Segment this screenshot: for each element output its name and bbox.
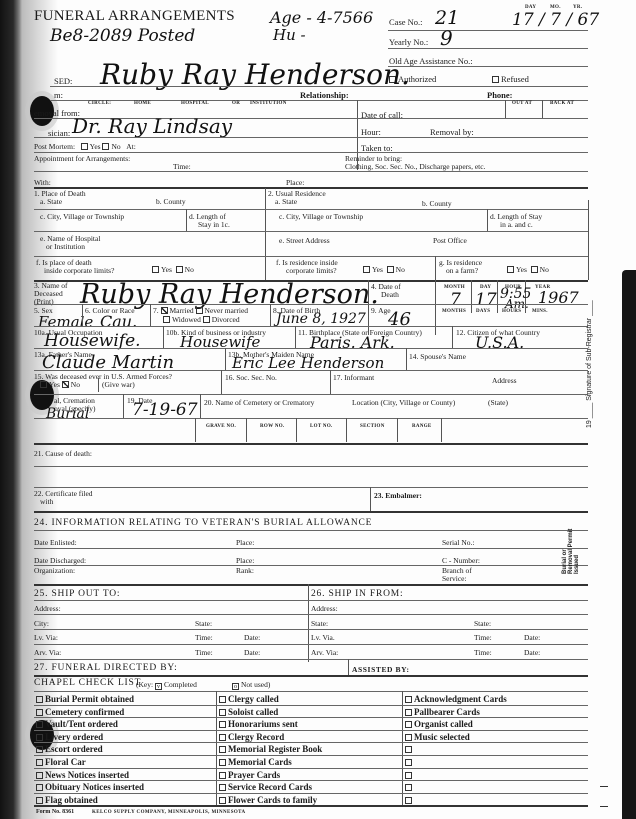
checklist-item-label: Livery ordered: [45, 732, 103, 742]
not-used-label: Not used): [241, 680, 270, 689]
pod-inside-limits-label-2: inside corporate limits?: [44, 266, 114, 275]
yes-label: Yes: [161, 265, 172, 274]
marital-status-options-2: Widowed Divorced: [163, 315, 240, 324]
res-farm-options: Yes No: [507, 265, 549, 274]
key-label: (Key:: [136, 680, 153, 689]
divider: [186, 209, 187, 231]
checkbox-icon: [219, 759, 226, 766]
checklist-item[interactable]: Burial Permit obtained: [36, 694, 134, 704]
no-label: No: [71, 380, 80, 389]
checklist-item[interactable]: Memorial Register Book: [219, 744, 322, 754]
rule: [388, 48, 588, 49]
discharged-place-label: Place:: [236, 556, 254, 565]
divider: [150, 304, 151, 326]
deceased-label: SED:: [54, 76, 72, 86]
rule: [34, 768, 588, 769]
marital-label: 7.: [153, 306, 159, 315]
checkbox-icon[interactable]: [176, 266, 183, 273]
circle-option-home[interactable]: HOME: [134, 101, 151, 106]
section-label: SECTION: [360, 424, 385, 429]
refused-label: Refused: [501, 74, 529, 84]
rule: [34, 326, 588, 327]
checklist-item-label: Service Record Cards: [228, 782, 312, 792]
divider: [308, 584, 309, 662]
ship-in-address-label: Address:: [311, 604, 338, 613]
rule: [34, 805, 588, 807]
pod-state-label: a. State: [40, 197, 62, 206]
handwritten-ref-1: Age - 4-7566: [270, 8, 373, 27]
rule: [34, 348, 588, 349]
res-state-label: a. State: [275, 197, 297, 206]
res-length-label-2: in a. and c.: [500, 220, 533, 229]
checkbox-icon: [36, 797, 43, 804]
rule: [34, 565, 588, 566]
checklist-item[interactable]: Vault/Tent ordered: [36, 719, 118, 729]
divider: [588, 200, 589, 280]
grave-no-label: GRAVE NO.: [206, 424, 236, 429]
never-married-checkbox[interactable]: [196, 307, 203, 314]
not-used-key-icon: o: [232, 683, 239, 690]
rule: [34, 742, 588, 743]
lot-no-label: LOT NO.: [310, 424, 333, 429]
funeral-arrangements-form: FUNERAL ARRANGEMENTS Be8-2089 Posted Age…: [0, 0, 636, 819]
checkbox-icon: [405, 784, 412, 791]
checklist-item[interactable]: Music selected: [405, 732, 470, 742]
no-label: No: [111, 142, 120, 151]
checkbox-icon: [36, 784, 43, 791]
ship-in-arv-time-label: Time:: [474, 648, 492, 657]
days-label: DAYS: [476, 309, 490, 314]
checkbox-icon: [219, 734, 226, 741]
checklist-item[interactable]: [405, 770, 414, 780]
checklist-item[interactable]: Flower Cards to family: [219, 795, 317, 805]
checkbox-icon: [36, 709, 43, 716]
checklist-item-label: Acknowledgment Cards: [414, 694, 507, 704]
divider: [402, 691, 403, 805]
rule: [34, 691, 588, 692]
address-label: Address: [492, 376, 517, 385]
checklist-key: (Key: vCompleted: [136, 680, 197, 690]
divider: [295, 326, 296, 348]
divider: [452, 326, 453, 348]
checkbox-icon: [36, 746, 43, 753]
physician-value[interactable]: Dr. Ray Lindsay: [72, 114, 232, 138]
rule: [34, 466, 588, 467]
divider: [82, 304, 83, 326]
months-label: MONTHS: [442, 309, 466, 314]
res-city-label: c. City, Village or Township: [279, 212, 363, 221]
divider: [441, 418, 442, 442]
ship-out-state-label: State:: [195, 619, 212, 628]
spouse-label: 14. Spouse's Name: [409, 352, 466, 361]
phone-label: Phone:: [487, 90, 513, 100]
date-enlisted-label: Date Enlisted:: [34, 538, 77, 547]
rule: [34, 256, 588, 257]
checklist-item-label: Organist called: [414, 719, 473, 729]
no-label: No: [185, 265, 194, 274]
checkbox-icon: [405, 696, 412, 703]
circle-option-hospital[interactable]: HOSPITAL: [181, 101, 209, 106]
cemetery-label: 20. Name of Cemetery or Crematory: [204, 398, 314, 407]
checklist-item[interactable]: [405, 744, 414, 754]
divider: [435, 256, 436, 280]
yearly-no-label: Yearly No.:: [389, 37, 428, 47]
ship-in-date-label: Date:: [524, 633, 540, 642]
ship-in-state2-label: State:: [474, 619, 491, 628]
organization-label: Organization:: [34, 566, 75, 575]
res-post-office-label: Post Office: [433, 236, 467, 245]
res-farm-label-2: on a farm?: [446, 266, 478, 275]
checklist-item-label: Vault/Tent ordered: [45, 719, 118, 729]
handwritten-note: Be8-2089 Posted: [50, 26, 195, 46]
rule: [34, 705, 588, 706]
rule: [34, 614, 588, 615]
divider: [397, 418, 398, 442]
ssn-label: 16. Soc. Sec. No.: [225, 373, 277, 382]
rule: [34, 629, 588, 630]
armed-yes-checkbox[interactable]: [40, 381, 47, 388]
post-mortem-field: Post Mortem: Yes No At:: [34, 142, 136, 151]
married-label: Married: [170, 306, 194, 315]
informant-label: 17. Informant: [333, 373, 374, 382]
margin-mark: [600, 786, 608, 787]
ship-out-date-label: Date:: [244, 633, 260, 642]
checklist-item[interactable]: [405, 782, 414, 792]
checklist-item[interactable]: Acknowledgment Cards: [405, 694, 507, 704]
rule: [34, 548, 588, 549]
checklist-item[interactable]: Cemetery confirmed: [36, 707, 124, 717]
rule: [50, 100, 588, 101]
no-label: No: [396, 265, 405, 274]
checkbox-icon[interactable]: [507, 266, 514, 273]
rule: [34, 394, 588, 395]
divider: [195, 418, 196, 442]
appointment-label: Appointment for Arrangements:: [34, 154, 130, 163]
rule: [34, 209, 588, 210]
checklist-heading: CHAPEL CHECK LIST: [34, 678, 141, 688]
completed-label: Completed: [164, 680, 197, 689]
rule: [34, 231, 588, 232]
ship-out-arv-time-label: Time:: [195, 648, 213, 657]
rule: [34, 675, 588, 677]
ship-in-lv-via-label: Lv. Via.: [311, 633, 335, 642]
res-inside-limits-options: Yes No: [363, 265, 405, 274]
checklist-item[interactable]: Clergy called: [219, 694, 279, 704]
checkbox-icon: [405, 772, 412, 779]
checkbox-icon: [36, 721, 43, 728]
checklist-item-label: Cemetery confirmed: [45, 707, 124, 717]
res-county-label: b. County: [422, 199, 452, 208]
divider: [270, 304, 271, 326]
birth-date-value[interactable]: June 8, 1927: [276, 311, 366, 327]
checklist-item-label: Escort ordered: [45, 744, 103, 754]
divider: [505, 100, 506, 118]
checkbox-icon[interactable]: [102, 143, 109, 150]
pod-length-label-2: Stay in 1c.: [198, 220, 230, 229]
married-checkbox-checked[interactable]: [161, 307, 168, 314]
refused-checkbox[interactable]: Refused: [492, 74, 529, 84]
out-at-label: OUT AT: [512, 101, 532, 106]
divider: [123, 394, 124, 418]
checklist-item[interactable]: Pallbearer Cards: [405, 707, 480, 717]
divider: [265, 188, 266, 280]
back-at-label: BACK AT: [550, 101, 574, 106]
checkbox-icon: [405, 709, 412, 716]
burial-permit-label: Burial or Removal Permit Issued: [562, 524, 580, 574]
checkbox-icon: [36, 696, 43, 703]
death-day-value[interactable]: 17: [475, 290, 497, 310]
checklist-item-label: Clergy called: [228, 694, 279, 704]
widowed-label: Widowed: [172, 315, 201, 324]
checklist-item[interactable]: Escort ordered: [36, 744, 103, 754]
completed-key-icon: v: [155, 683, 162, 690]
checkbox-icon: [405, 797, 412, 804]
death-date-label-2: Death: [381, 290, 399, 299]
margin-mark: [600, 806, 608, 807]
date19-value[interactable]: 7-19-67: [132, 400, 198, 420]
divider: [200, 394, 201, 418]
checklist-item[interactable]: Flag obtained: [36, 795, 98, 805]
divider: [487, 209, 488, 231]
rule: [34, 418, 588, 419]
with-label: With:: [34, 178, 51, 187]
disposition-value[interactable]: Burial: [46, 406, 89, 422]
checkbox-icon: [405, 734, 412, 741]
handwritten-ref-2: Hu -: [273, 26, 306, 44]
ship-out-arv-date-label: Date:: [244, 648, 260, 657]
divider: [225, 348, 226, 370]
checkbox-icon: [405, 759, 412, 766]
divider: [370, 487, 371, 511]
circle-option-or: OR: [232, 101, 240, 106]
sub-registrar-signature-line: 19 ____ Signature of Sub-Registrar ____: [586, 300, 593, 428]
cause-label: 21. Cause of death:: [34, 449, 92, 458]
divorced-checkbox[interactable]: [203, 316, 210, 323]
checklist-item[interactable]: Memorial Cards: [219, 757, 292, 767]
assisted-by-label: ASSISTED BY:: [352, 665, 410, 674]
checklist-item-label: Pallbearer Cards: [414, 707, 480, 717]
checkbox-icon[interactable]: [152, 266, 159, 273]
checklist-item-label: Honorariums sent: [228, 719, 298, 729]
armed-forces-options: Yes No: [40, 380, 80, 389]
checklist-item-label: Flag obtained: [45, 795, 98, 805]
rule: [34, 171, 588, 172]
widowed-checkbox[interactable]: [163, 316, 170, 323]
rule: [34, 370, 588, 371]
ship-in-time-label: Time:: [474, 633, 492, 642]
checkbox-icon[interactable]: [387, 266, 394, 273]
checklist-item-label: Obituary Notices inserted: [45, 782, 144, 792]
scan-right-edge: [622, 270, 636, 819]
birthplace-value[interactable]: Paris. Ark.: [310, 333, 395, 352]
res-street-label: e. Street Address: [279, 236, 330, 245]
citizen-value[interactable]: U.S.A.: [475, 333, 524, 352]
checkbox-icon: [219, 709, 226, 716]
checkbox-icon: [492, 76, 499, 83]
checkbox-icon: [219, 721, 226, 728]
divider: [330, 370, 331, 394]
checklist-item[interactable]: [405, 795, 414, 805]
ship-in-arv-date-label: Date:: [524, 648, 540, 657]
pod-inside-limits-options: Yes No: [152, 265, 194, 274]
no-label: No: [540, 265, 549, 274]
checkbox-icon: [219, 797, 226, 804]
checklist-item-label: Clergy Record: [228, 732, 284, 742]
ship-out-lv-via-label: Lv. Via:: [34, 633, 58, 642]
divider: [163, 326, 164, 348]
checklist-item-label: Burial Permit obtained: [45, 694, 134, 704]
circle-label: CIRCLE:: [88, 101, 111, 106]
divider: [216, 691, 217, 805]
yes-label: Yes: [516, 265, 527, 274]
checklist-item[interactable]: Obituary Notices inserted: [36, 782, 144, 792]
race-value[interactable]: Cau.: [100, 312, 137, 331]
at-label: At:: [126, 142, 136, 151]
reminder-text: Clothing, Soc. Sec. No., Discharge paper…: [345, 162, 485, 171]
ship-out-heading: 25. SHIP OUT TO:: [34, 589, 120, 599]
rule: [388, 66, 588, 67]
rule: [34, 511, 588, 513]
pod-city-label: c. City, Village or Township: [40, 212, 124, 221]
rule: [34, 584, 588, 586]
yes-label: Yes: [49, 380, 60, 389]
marital-status-options: 7. Married Never married: [153, 306, 248, 315]
ship-in-arv-via-label: Arv. Via:: [311, 648, 338, 657]
rule: [34, 730, 588, 731]
range-label: RANGE: [412, 424, 432, 429]
divider: [296, 418, 297, 442]
give-war-label: (Give war): [102, 380, 135, 389]
checkbox-icon[interactable]: [81, 143, 88, 150]
divider: [348, 659, 349, 675]
name-label: 3. Name ofDeceased(Print): [34, 282, 68, 306]
divider: [497, 280, 498, 313]
checkbox-icon: [405, 746, 412, 753]
divider: [221, 370, 222, 394]
rank-label: Rank:: [236, 566, 254, 575]
checkbox-icon: [219, 772, 226, 779]
checkbox-icon: [36, 772, 43, 779]
checklist-item-label: Memorial Cards: [228, 757, 292, 767]
checklist-item[interactable]: Honorariums sent: [219, 719, 298, 729]
row-no-label: ROW NO.: [260, 424, 285, 429]
rule: [34, 600, 588, 601]
case-no-label: Case No.:: [389, 17, 423, 27]
checkbox-icon: [219, 696, 226, 703]
checkbox-icon: [36, 759, 43, 766]
rule: [34, 137, 588, 138]
armed-no-checkbox-checked[interactable]: [62, 381, 69, 388]
rule: [34, 304, 588, 305]
ship-in-heading: 26. SHIP IN FROM:: [311, 589, 403, 599]
date-discharged-label: Date Discharged:: [34, 556, 86, 565]
divider: [406, 348, 407, 370]
ship-out-time-label: Time:: [195, 633, 213, 642]
checklist-item-label: Floral Car: [45, 757, 86, 767]
checkbox-icon[interactable]: [363, 266, 370, 273]
pod-hospital-label-2: or Institution: [46, 242, 85, 251]
removal-by-label: Removal by:: [430, 127, 474, 137]
ship-out-arv-via-label: Arv. Via:: [34, 648, 61, 657]
embalmer-label: 23. Embalmer:: [374, 491, 422, 500]
hours-label: HOURS: [502, 309, 521, 314]
checklist-item-label: Flower Cards to family: [228, 795, 317, 805]
yes-label: Yes: [90, 142, 101, 151]
rule: [34, 793, 588, 794]
checklist-item[interactable]: Clergy Record: [219, 732, 284, 742]
time-label: Time:: [173, 162, 191, 171]
checklist-item[interactable]: Soloist called: [219, 707, 278, 717]
checklist-item[interactable]: Prayer Cards: [219, 770, 280, 780]
checklist-item[interactable]: Service Record Cards: [219, 782, 312, 792]
checklist-item[interactable]: Floral Car: [36, 757, 86, 767]
checkbox-icon: [36, 734, 43, 741]
checklist-item[interactable]: Organist called: [405, 719, 473, 729]
ship-out-address-label: Address:: [34, 604, 61, 613]
checklist-item[interactable]: News Notices inserted: [36, 770, 129, 780]
divider: [98, 378, 99, 392]
form-number: Form No. 8361: [36, 809, 74, 815]
divider: [471, 280, 472, 313]
mins-label: MINS.: [532, 309, 548, 314]
from-label: m:: [54, 90, 63, 100]
checkbox-icon[interactable]: [531, 266, 538, 273]
checkbox-icon: [405, 721, 412, 728]
rule: [34, 487, 588, 488]
rule: [34, 443, 588, 445]
rule: [34, 644, 588, 645]
circle-option-institution[interactable]: INSTITUTION: [250, 101, 287, 106]
branch-label-2: Service:: [442, 574, 467, 583]
checklist-item-label: News Notices inserted: [45, 770, 129, 780]
rule: [388, 30, 588, 31]
checkbox-icon: [219, 746, 226, 753]
never-married-label: Never married: [205, 306, 249, 315]
rule: [34, 530, 588, 531]
checklist-item-label: Music selected: [414, 732, 470, 742]
divorced-label: Divorced: [212, 315, 240, 324]
location-label: Location (City, Village or County): [352, 398, 455, 407]
checklist-item[interactable]: Livery ordered: [36, 732, 103, 742]
death-month-value[interactable]: 7: [450, 290, 461, 310]
form-title: FUNERAL ARRANGEMENTS: [34, 8, 235, 25]
funeral-directed-by-label: 27. FUNERAL DIRECTED BY:: [34, 663, 178, 673]
certificate-label-2: with: [40, 497, 53, 506]
case-date-value[interactable]: 17 / 7 / 67: [512, 10, 599, 30]
checklist-item[interactable]: [405, 757, 414, 767]
divider: [346, 418, 347, 442]
rule: [34, 755, 588, 756]
publisher: KELCO SUPPLY COMPANY, MINNEAPOLIS, MINNE…: [92, 810, 246, 815]
place-label: Place:: [286, 178, 304, 187]
rule: [50, 86, 588, 87]
checklist-item-label: Memorial Register Book: [228, 744, 322, 754]
rule: [34, 717, 588, 718]
yearly-no-value[interactable]: 9: [440, 26, 453, 50]
checklist-item-label: Soloist called: [228, 707, 278, 717]
checklist-item-label: Prayer Cards: [228, 770, 280, 780]
relationship-label: Relationship:: [300, 90, 349, 100]
serial-label: Serial No.:: [442, 538, 475, 547]
res-inside-limits-label-2: corporate limits?: [286, 266, 337, 275]
post-mortem-label: Post Mortem:: [34, 142, 75, 151]
cemetery-state-label: (State): [488, 398, 508, 407]
enlisted-place-label: Place:: [236, 538, 254, 547]
hour-label: Hour:: [361, 127, 381, 137]
checkbox-icon: [219, 784, 226, 791]
ship-out-city-label: City:: [34, 619, 49, 628]
veteran-heading: 24. INFORMATION RELATING TO VETERAN'S BU…: [34, 518, 372, 528]
